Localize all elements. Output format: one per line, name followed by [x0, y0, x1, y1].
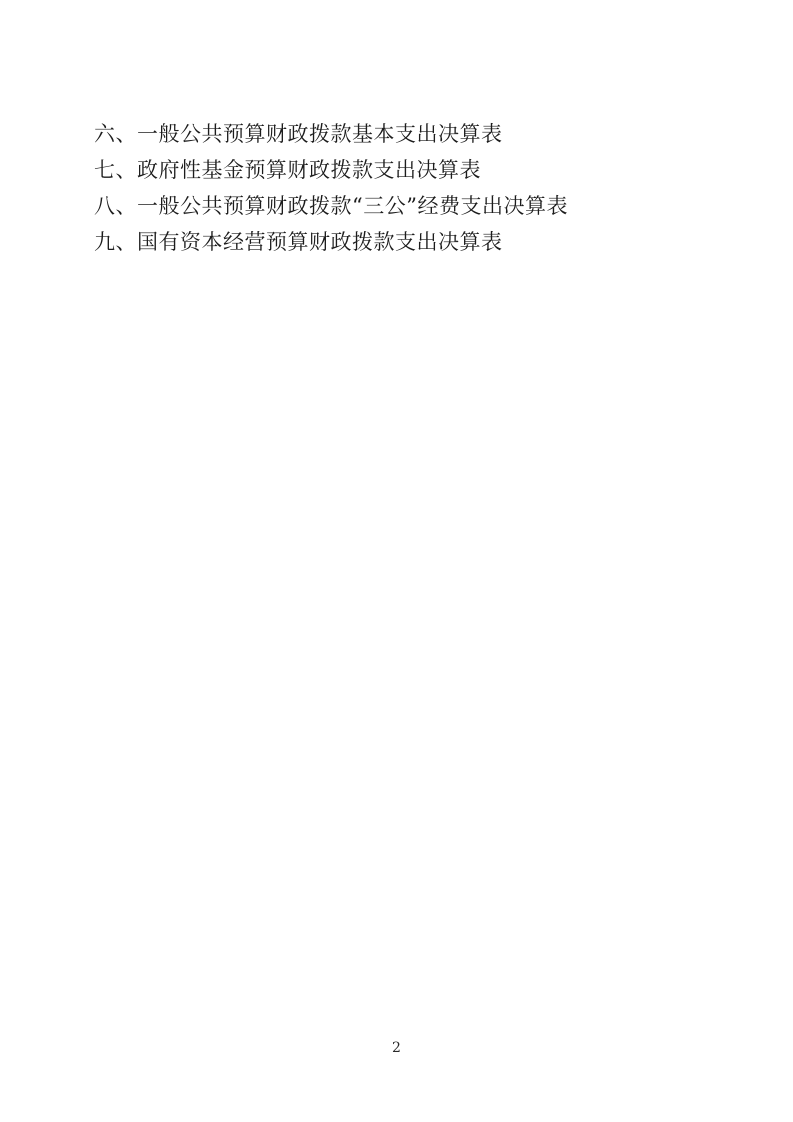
toc-item-8: 八、一般公共预算财政拨款“三公”经费支出决算表 — [94, 188, 733, 224]
toc-item-9: 九、国有资本经营预算财政拨款支出决算表 — [94, 224, 733, 260]
toc-item-6: 六、一般公共预算财政拨款基本支出决算表 — [94, 116, 733, 152]
document-page: 六、一般公共预算财政拨款基本支出决算表 七、政府性基金预算财政拨款支出决算表 八… — [0, 0, 793, 1122]
page-number: 2 — [0, 1039, 793, 1057]
toc-list: 六、一般公共预算财政拨款基本支出决算表 七、政府性基金预算财政拨款支出决算表 八… — [94, 116, 733, 260]
toc-item-7: 七、政府性基金预算财政拨款支出决算表 — [94, 152, 733, 188]
